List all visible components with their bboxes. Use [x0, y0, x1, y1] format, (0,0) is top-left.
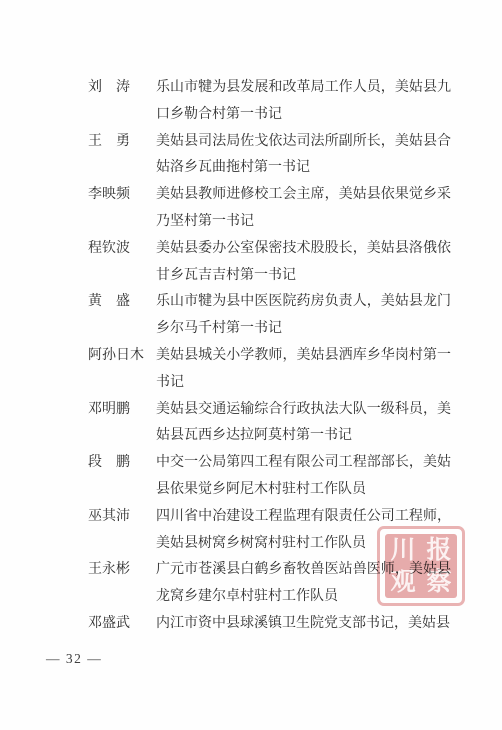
person-description: 广元市苍溪县白鹤乡畜牧兽医站兽医师，美姑县龙窝乡建尔卓村驻村工作队员	[156, 557, 451, 611]
list-item: 邓明鹏 美姑县交通运输综合行政执法大队一级科员，美姑县瓦西乡达拉阿莫村第一书记	[88, 397, 452, 451]
person-description: 乐山市犍为县发展和改革局工作人员，美姑县九口乡勒合村第一书记	[156, 75, 451, 129]
person-name: 阿孙日木	[88, 343, 156, 370]
person-description: 内江市资中县球溪镇卫生院党支部书记，美姑县	[156, 611, 451, 638]
list-item: 巫其沛 四川省中冶建设工程监理有限责任公司工程师，美姑县树窝乡树窝村驻村工作队员	[88, 504, 452, 558]
person-name: 黄 盛	[88, 289, 156, 316]
list-item: 段 鹏 中交一公局第四工程有限公司工程部部长，美姑县依果觉乡阿尼木村驻村工作队员	[88, 450, 452, 504]
list-item: 刘 涛 乐山市犍为县发展和改革局工作人员，美姑县九口乡勒合村第一书记	[88, 75, 452, 129]
document-page: 刘 涛 乐山市犍为县发展和改革局工作人员，美姑县九口乡勒合村第一书记 王 勇 美…	[0, 0, 502, 730]
person-description: 四川省中冶建设工程监理有限责任公司工程师，美姑县树窝乡树窝村驻村工作队员	[156, 504, 451, 558]
person-name: 邓盛武	[88, 611, 156, 638]
person-name: 李映频	[88, 182, 156, 209]
person-name: 王 勇	[88, 129, 156, 156]
list-item: 黄 盛 乐山市犍为县中医医院药房负责人，美姑县龙门乡尔马千村第一书记	[88, 289, 452, 343]
page-number: — 32 —	[46, 651, 102, 667]
list-item: 程钦波 美姑县委办公室保密技术股股长，美姑县洛俄依甘乡瓦吉吉村第一书记	[88, 236, 452, 290]
person-name: 巫其沛	[88, 504, 156, 531]
list-item: 邓盛武 内江市资中县球溪镇卫生院党支部书记，美姑县	[88, 611, 452, 638]
person-description: 美姑县司法局佐戈依达司法所副所长，美姑县合姑洛乡瓦曲拖村第一书记	[156, 129, 451, 183]
person-description: 美姑县教师进修校工会主席，美姑县依果觉乡采乃坚村第一书记	[156, 182, 451, 236]
appointee-list: 刘 涛 乐山市犍为县发展和改革局工作人员，美姑县九口乡勒合村第一书记 王 勇 美…	[88, 75, 452, 638]
list-item: 王 勇 美姑县司法局佐戈依达司法所副所长，美姑县合姑洛乡瓦曲拖村第一书记	[88, 129, 452, 183]
person-name: 王永彬	[88, 557, 156, 584]
person-name: 邓明鹏	[88, 397, 156, 424]
person-description: 乐山市犍为县中医医院药房负责人，美姑县龙门乡尔马千村第一书记	[156, 289, 451, 343]
list-item: 王永彬 广元市苍溪县白鹤乡畜牧兽医站兽医师，美姑县龙窝乡建尔卓村驻村工作队员	[88, 557, 452, 611]
person-description: 美姑县交通运输综合行政执法大队一级科员，美姑县瓦西乡达拉阿莫村第一书记	[156, 397, 451, 451]
person-description: 美姑县城关小学教师，美姑县洒库乡华岗村第一书记	[156, 343, 451, 397]
person-description: 中交一公局第四工程有限公司工程部部长，美姑县依果觉乡阿尼木村驻村工作队员	[156, 450, 451, 504]
list-item: 阿孙日木 美姑县城关小学教师，美姑县洒库乡华岗村第一书记	[88, 343, 452, 397]
person-name: 程钦波	[88, 236, 156, 263]
list-item: 李映频 美姑县教师进修校工会主席，美姑县依果觉乡采乃坚村第一书记	[88, 182, 452, 236]
person-name: 段 鹏	[88, 450, 156, 477]
person-name: 刘 涛	[88, 75, 156, 102]
person-description: 美姑县委办公室保密技术股股长，美姑县洛俄依甘乡瓦吉吉村第一书记	[156, 236, 451, 290]
